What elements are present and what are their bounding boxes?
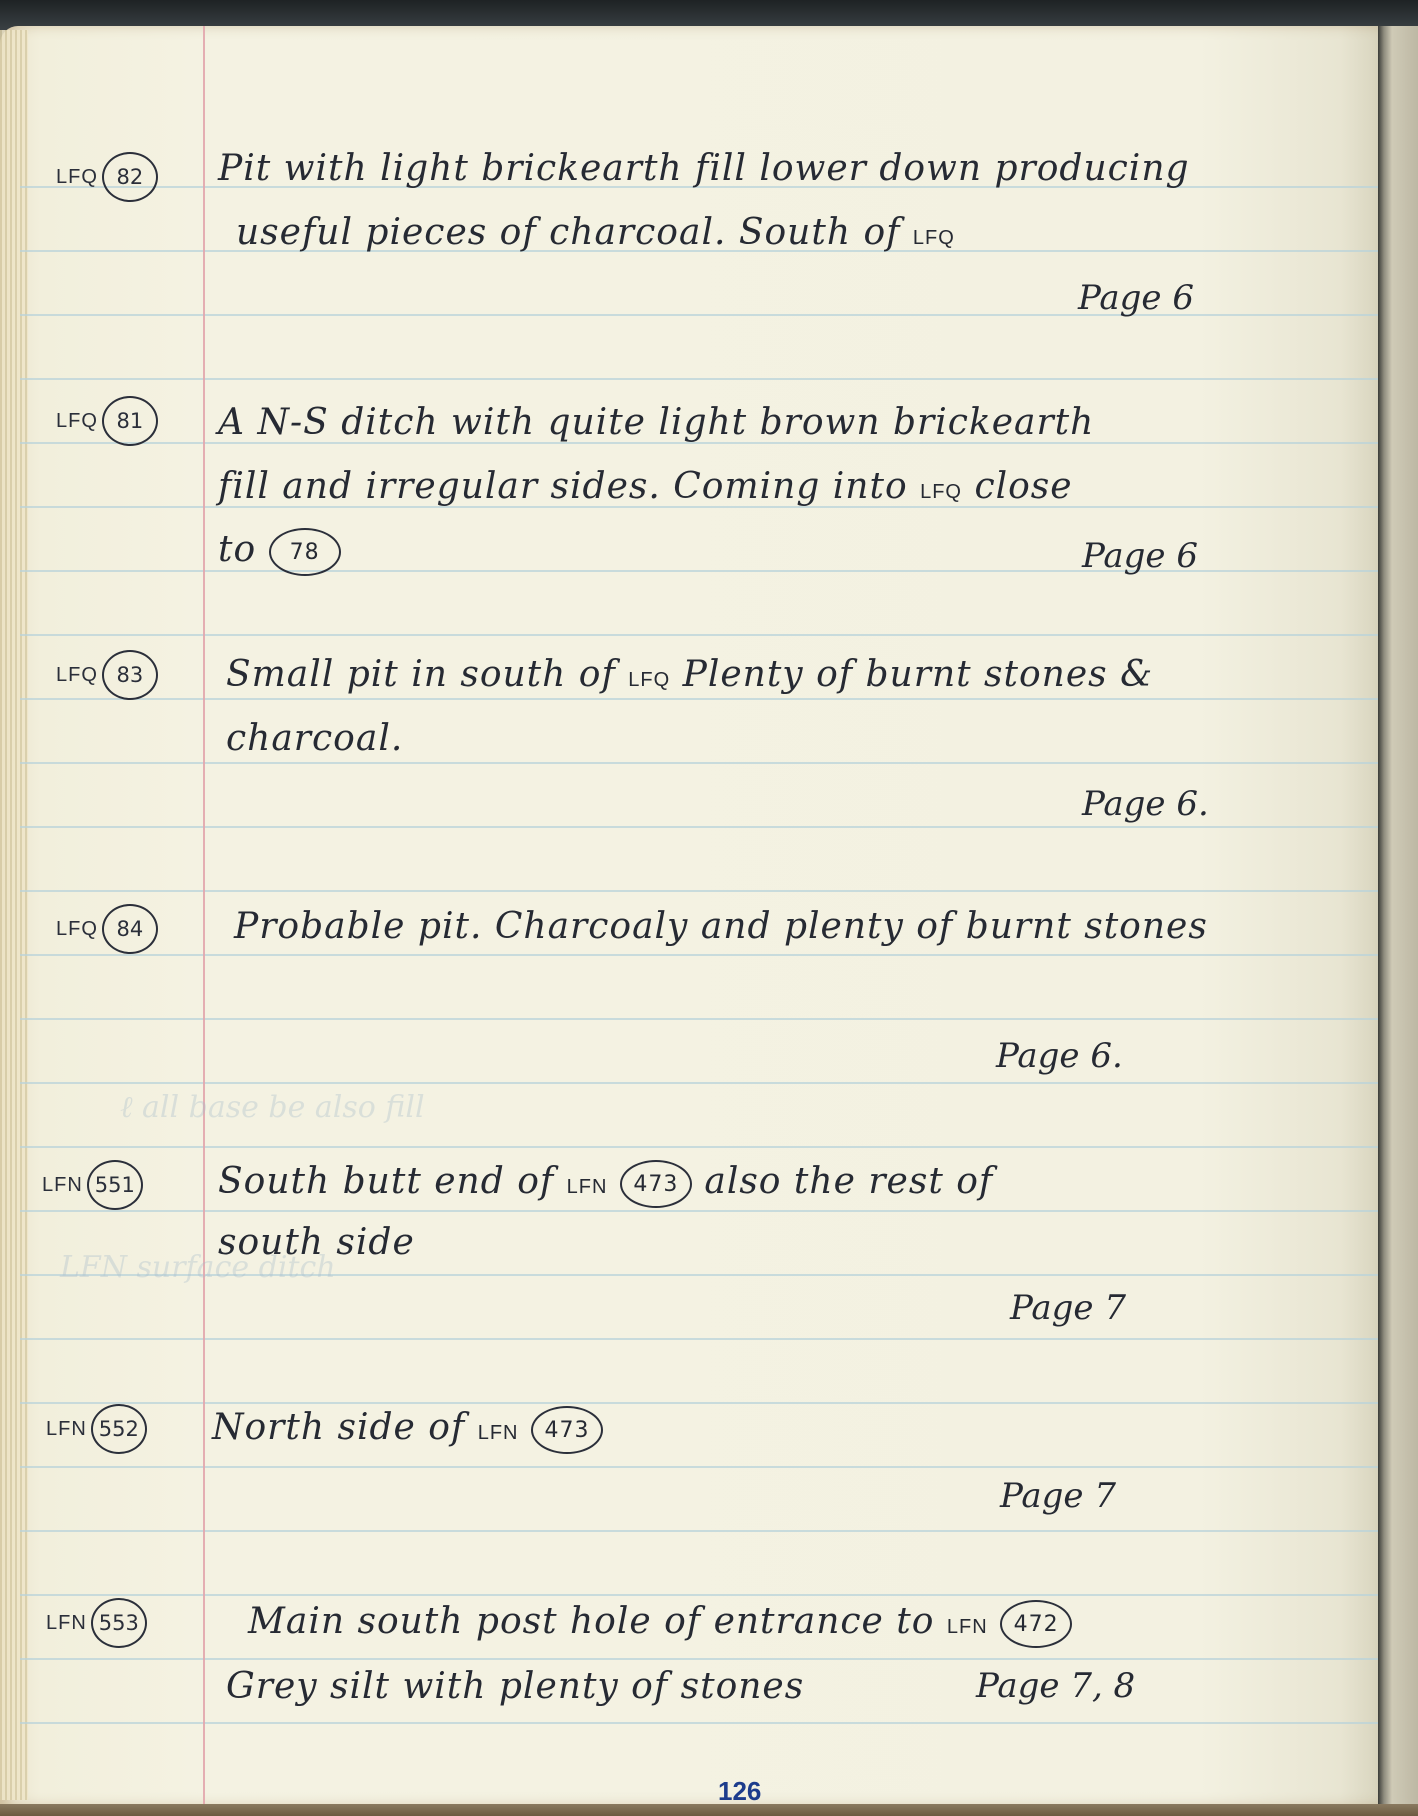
context-ref: LFQ 84 <box>56 904 158 954</box>
folio-page-number: 126 <box>718 1776 761 1807</box>
entry-text: Plenty of burnt stones & <box>683 654 1154 695</box>
entry-text: also the rest of <box>704 1161 993 1202</box>
ref-prefix: LFN <box>46 1418 87 1441</box>
entry-text-line: South butt end of LFN 473 also the rest … <box>218 1160 993 1208</box>
rule-line <box>20 1338 1378 1340</box>
entry-text-line: A N-S ditch with quite light brown brick… <box>218 402 1094 443</box>
entry-text: Main south post hole of entrance to <box>248 1601 934 1642</box>
ref-prefix: LFQ <box>56 410 98 433</box>
rule-line <box>20 1530 1378 1532</box>
entry-text-line: Main south post hole of entrance to LFN … <box>248 1600 1072 1648</box>
inline-circled-number: 473 <box>531 1406 603 1454</box>
rule-line <box>20 1082 1378 1084</box>
entry-text-line: fill and irregular sides. Coming into LF… <box>218 466 1073 507</box>
entry-text-line: North side of LFN 473 <box>212 1406 603 1454</box>
entry-text-line: Small pit in south of LFQ Plenty of burn… <box>226 654 1153 695</box>
inline-ref: LFQ <box>628 669 670 691</box>
inline-circled-number: 472 <box>1000 1600 1072 1648</box>
ref-number: 553 <box>91 1598 147 1648</box>
rule-line <box>20 698 1378 700</box>
ref-prefix: LFN <box>46 1612 87 1635</box>
inline-ref: LFN <box>478 1422 519 1444</box>
rule-line <box>20 826 1378 828</box>
entry-text: to <box>218 529 256 570</box>
ref-number: 84 <box>102 904 158 954</box>
inline-circled-number: 78 <box>269 528 341 576</box>
entry-text-line: south side <box>218 1222 415 1263</box>
entry-text: fill and irregular sides. Coming into <box>218 466 908 507</box>
context-ref: LFN 552 <box>46 1404 147 1454</box>
page-ref: Page 6. <box>996 1036 1123 1076</box>
context-ref: LFQ 82 <box>56 152 158 202</box>
ref-number: 81 <box>102 396 158 446</box>
rule-line <box>20 890 1378 892</box>
book-bottom-edge <box>0 1804 1418 1816</box>
ref-number: 82 <box>102 152 158 202</box>
ref-number: 552 <box>91 1404 147 1454</box>
page-ref: Page 6 <box>1082 536 1198 576</box>
page-ref: Page 6. <box>1082 784 1209 824</box>
entry-text: close <box>974 466 1072 507</box>
entry-text: South butt end of <box>218 1161 554 1202</box>
page-ref: Page 7 <box>1000 1476 1116 1516</box>
rule-line <box>20 1658 1378 1660</box>
entry-text: useful pieces of charcoal. South of <box>236 212 900 253</box>
entry-text-line: Pit with light brickearth fill lower dow… <box>218 148 1190 189</box>
rule-line <box>20 1146 1378 1148</box>
inline-ref: LFQ <box>913 227 955 249</box>
ref-number: 83 <box>102 650 158 700</box>
book-binding <box>1378 26 1418 1816</box>
page-ref: Page 6 <box>1078 278 1194 318</box>
context-ref: LFQ 81 <box>56 396 158 446</box>
entry-text-line: Grey silt with plenty of stones <box>226 1666 804 1707</box>
rule-line <box>20 1594 1378 1596</box>
inline-ref: LFN <box>567 1176 608 1198</box>
entry-text-line: useful pieces of charcoal. South of LFQ <box>236 212 955 253</box>
inline-ref: LFN <box>947 1616 988 1638</box>
entry-text: North side of <box>212 1407 465 1448</box>
inline-ref: LFQ <box>920 481 962 503</box>
rule-line <box>20 762 1378 764</box>
ref-prefix: LFQ <box>56 166 98 189</box>
page-stack-edges <box>0 30 28 1800</box>
margin-line <box>203 26 205 1806</box>
page-ref: Page 7, 8 <box>976 1666 1135 1706</box>
entry-text-line: charcoal. <box>226 718 403 759</box>
inline-circled-number: 473 <box>620 1160 692 1208</box>
rule-line <box>20 954 1378 956</box>
entry-text: Small pit in south of <box>226 654 616 695</box>
rule-line <box>20 1018 1378 1020</box>
context-ref: LFN 551 <box>42 1160 143 1210</box>
ref-prefix: LFN <box>42 1174 83 1197</box>
rule-line <box>20 1722 1378 1724</box>
context-ref: LFQ 83 <box>56 650 158 700</box>
bleed-through-text: ℓ all base be also fill <box>120 1090 425 1125</box>
context-ref: LFN 553 <box>46 1598 147 1648</box>
rule-line <box>20 1466 1378 1468</box>
ref-prefix: LFQ <box>56 918 98 941</box>
rule-line <box>20 634 1378 636</box>
ref-prefix: LFQ <box>56 664 98 687</box>
ref-number: 551 <box>87 1160 143 1210</box>
rule-line <box>20 1210 1378 1212</box>
rule-line <box>20 378 1378 380</box>
entry-text-line: Probable pit. Charcoaly and plenty of bu… <box>234 906 1208 947</box>
entry-text-line: to 78 <box>218 528 341 576</box>
page-ref: Page 7 <box>1010 1288 1126 1328</box>
rule-line <box>20 1402 1378 1404</box>
